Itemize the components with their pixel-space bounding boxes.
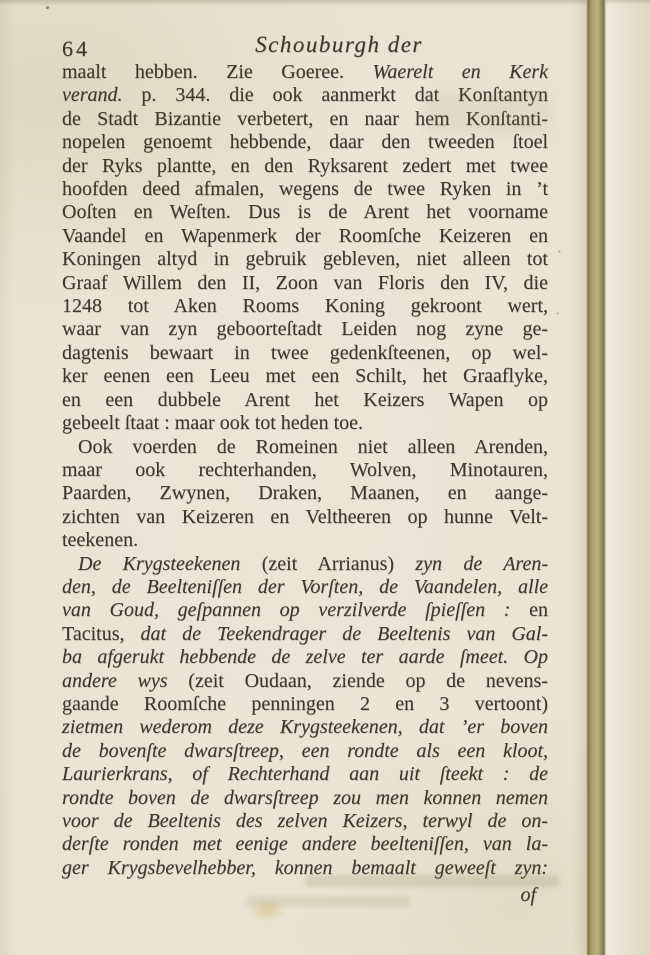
italic-text-segment: ba afgerukt hebbende de zelve ter aarde … bbox=[62, 646, 548, 668]
roman-text-segment: der Ryks plantte, en den Ryksarent zeder… bbox=[62, 155, 548, 177]
text-line: voor de Beeltenis des zelven Keizers, te… bbox=[62, 810, 548, 833]
italic-text-segment: van Goud, geſpannen op verzilverde ſpieſ… bbox=[62, 599, 529, 621]
roman-text-segment: teekenen. bbox=[62, 529, 138, 551]
text-line: De Krygsteekenen (zeit Arrianus) zyn de … bbox=[62, 553, 548, 576]
text-line: Graaf Willem den II, Zoon van Floris den… bbox=[62, 272, 548, 295]
italic-text-segment: rondte boven de dwarsſtreep zou men konn… bbox=[62, 787, 548, 809]
text-line: gebeelt ſtaat : maar ook tot heden toe. bbox=[62, 412, 548, 435]
roman-text-segment: (zeit Arrianus) bbox=[262, 553, 416, 575]
italic-text-segment: de bovenſte dwarsſtreep, een rondte als … bbox=[62, 740, 548, 762]
text-line: Ook voerden de Romeinen niet alleen Aren… bbox=[62, 436, 548, 459]
roman-text-segment: (zeit Oudaan, ziende op de nevens- bbox=[188, 670, 548, 692]
text-line: gaande Roomſche penningen 2 en 3 vertoon… bbox=[62, 693, 548, 716]
running-title: Schouburgh der bbox=[255, 32, 423, 58]
roman-text-segment: en bbox=[529, 599, 548, 621]
text-line: zichten van Keizeren en Veltheeren op hu… bbox=[62, 506, 548, 529]
text-line: hoofden deed afmalen, wegens de twee Ryk… bbox=[62, 178, 548, 201]
text-line: nopelen genoemt hebbende, daar den tweed… bbox=[62, 131, 548, 154]
text-line: dagtenis bewaart in twee gedenkſteenen, … bbox=[62, 342, 548, 365]
roman-text-segment: Ooſten en Weſten. Dus is de Arent het vo… bbox=[62, 201, 548, 223]
roman-text-segment: Ook voerden de Romeinen niet alleen Aren… bbox=[78, 436, 548, 458]
text-line: der Ryks plantte, en den Ryksarent zeder… bbox=[62, 155, 548, 178]
bleedthrough-smudge bbox=[305, 875, 560, 887]
text-line: Tacitus, dat de Teekendrager de Beelteni… bbox=[62, 623, 548, 646]
adjacent-page bbox=[606, 0, 650, 955]
ink-specks bbox=[46, 6, 49, 9]
text-line: maar ook rechterhanden, Wolven, Minotaur… bbox=[62, 459, 548, 482]
text-line: Koningen altyd in gebruik gebleven, niet… bbox=[62, 248, 548, 271]
book-scan: 64 Schouburgh der maalt hebben. Zie Goer… bbox=[0, 0, 650, 955]
roman-text-segment: Tacitus, bbox=[62, 623, 141, 645]
italic-text-segment: De Krygsteekenen bbox=[78, 553, 262, 575]
text-line: den, de Beelteniſſen der Vorſten, de Vaa… bbox=[62, 576, 548, 599]
text-line: Vaandel en Wapenmerk der Roomſche Keizer… bbox=[62, 225, 548, 248]
roman-text-segment: en een dubbele Arent het Keizers Wapen o… bbox=[62, 389, 548, 411]
text-line: van Goud, geſpannen op verzilverde ſpieſ… bbox=[62, 599, 548, 622]
roman-text-segment: maar ook rechterhanden, Wolven, Minotaur… bbox=[62, 459, 548, 481]
roman-text-segment: gaande Roomſche penningen 2 en 3 vertoon… bbox=[62, 693, 548, 715]
roman-text-segment: Paarden, Zwynen, Draken, Maanen, en aang… bbox=[62, 482, 548, 504]
text-line: en een dubbele Arent het Keizers Wapen o… bbox=[62, 389, 548, 412]
text-line: andere wys (zeit Oudaan, ziende op de ne… bbox=[62, 670, 548, 693]
paper-stain bbox=[248, 898, 286, 922]
roman-text-segment: waar van zyn geboorteſtadt Leiden nog zy… bbox=[62, 318, 548, 340]
roman-text-segment: Graaf Willem den II, Zoon van Floris den… bbox=[62, 272, 548, 294]
italic-text-segment: voor de Beeltenis des zelven Keizers, te… bbox=[62, 810, 548, 832]
page-header: 64 Schouburgh der bbox=[62, 32, 548, 64]
text-line: derſte ronden met eenige andere beelteni… bbox=[62, 833, 548, 856]
text-line: Ooſten en Weſten. Dus is de Arent het vo… bbox=[62, 201, 548, 224]
roman-text-segment: zichten van Keizeren en Veltheeren op hu… bbox=[62, 506, 548, 528]
page-edge bbox=[586, 0, 606, 955]
text-line: waar van zyn geboorteſtadt Leiden nog zy… bbox=[62, 318, 548, 341]
roman-text-segment: hoofden deed afmalen, wegens de twee Ryk… bbox=[62, 178, 548, 200]
roman-text-segment: Vaandel en Wapenmerk der Roomſche Keizer… bbox=[62, 225, 548, 247]
text-line: teekenen. bbox=[62, 529, 548, 552]
roman-text-segment: ker eenen een Leeu met een Schilt, het G… bbox=[62, 365, 548, 387]
roman-text-segment: 1248 tot Aken Rooms Koning gekroont wert… bbox=[62, 295, 548, 317]
roman-text-segment: Koningen altyd in gebruik gebleven, niet… bbox=[62, 248, 548, 270]
text-line: Laurierkrans, of Rechterhand aan uit ſte… bbox=[62, 763, 548, 786]
italic-text-segment: Waerelt en Kerk bbox=[373, 61, 548, 83]
bleedthrough-smudge bbox=[425, 92, 550, 134]
roman-text-segment: gebeelt ſtaat : maar ook tot heden toe. bbox=[62, 412, 363, 434]
italic-text-segment: zyn de Aren- bbox=[415, 553, 548, 575]
roman-text-segment: maalt hebben. Zie Goeree. bbox=[62, 61, 373, 83]
book-page: 64 Schouburgh der maalt hebben. Zie Goer… bbox=[0, 0, 586, 955]
italic-text-segment: den, de Beelteniſſen der Vorſten, de Vaa… bbox=[62, 576, 548, 598]
text-line: rondte boven de dwarsſtreep zou men konn… bbox=[62, 787, 548, 810]
italic-text-segment: zietmen wederom deze Krygsteekenen, dat … bbox=[62, 716, 548, 738]
roman-text-segment: dagtenis bewaart in twee gedenkſteenen, … bbox=[62, 342, 548, 364]
text-line: ba afgerukt hebbende de zelve ter aarde … bbox=[62, 646, 548, 669]
text-line: maalt hebben. Zie Goeree. Waerelt en Ker… bbox=[62, 61, 548, 84]
text-line: 1248 tot Aken Rooms Koning gekroont wert… bbox=[62, 295, 548, 318]
italic-text-segment: Laurierkrans, of Rechterhand aan uit ſte… bbox=[62, 763, 548, 785]
roman-text-segment: nopelen genoemt hebbende, daar den tweed… bbox=[62, 131, 548, 153]
text-line: Paarden, Zwynen, Draken, Maanen, en aang… bbox=[62, 482, 548, 505]
text-line: zietmen wederom deze Krygsteekenen, dat … bbox=[62, 716, 548, 739]
italic-text-segment: verand. bbox=[62, 84, 123, 106]
italic-text-segment: derſte ronden met eenige andere beelteni… bbox=[62, 833, 548, 855]
page-number: 64 bbox=[62, 36, 90, 62]
italic-text-segment: dat de Teekendrager de Beeltenis van Gal… bbox=[141, 623, 549, 645]
italic-text-segment: andere wys bbox=[62, 670, 188, 692]
body-text: maalt hebben. Zie Goeree. Waerelt en Ker… bbox=[62, 61, 548, 880]
text-line: de bovenſte dwarsſtreep, een rondte als … bbox=[62, 740, 548, 763]
text-line: ker eenen een Leeu met een Schilt, het G… bbox=[62, 365, 548, 388]
